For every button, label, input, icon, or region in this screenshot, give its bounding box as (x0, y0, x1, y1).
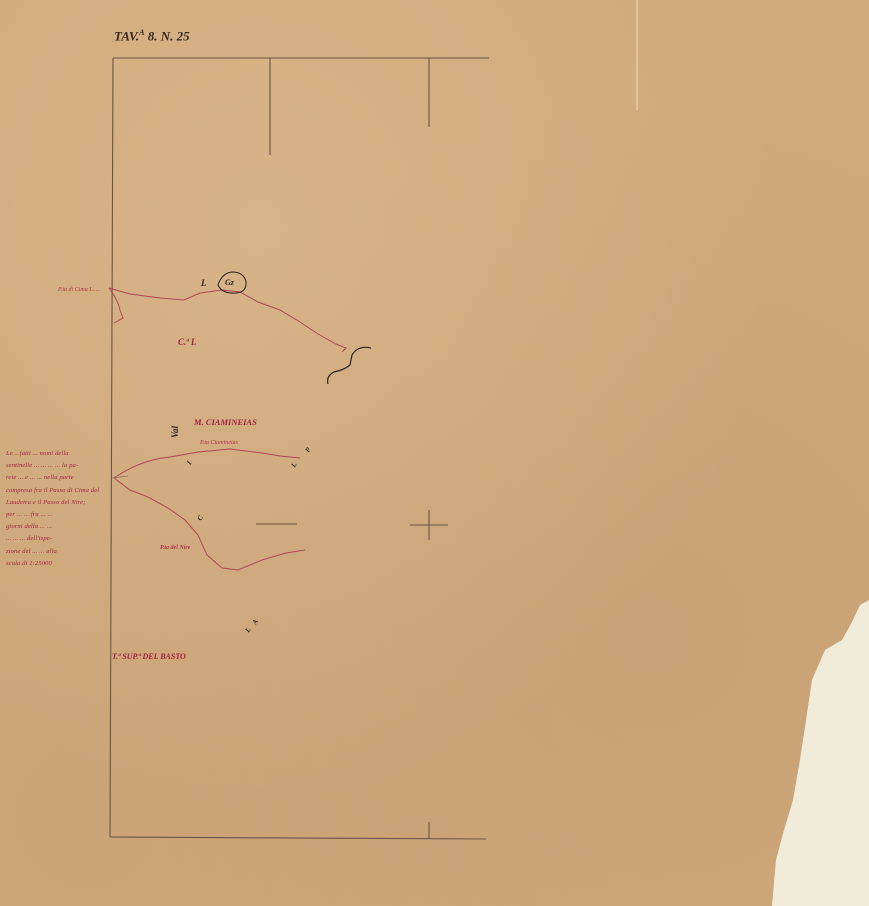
note-line: rete ... e ... ... nella parte (6, 472, 118, 484)
lake-label: L (201, 278, 207, 288)
sheet-title: TAV.A 8. N. 25 (114, 28, 190, 44)
torn-paper-corner (772, 600, 869, 906)
peak-nire-label: P.ta del Nire (160, 545, 190, 551)
note-line: ... ... ... dell'ispe- (6, 533, 118, 545)
col-label: C.ª L (178, 337, 196, 347)
peak-cima-label: P.ta di Cima L..... (58, 287, 100, 293)
bottom-left-label: T.ª SUP.ª DEL BASTO (112, 652, 186, 661)
map-sheet: TAV.A 8. N. 25 L Gz P.ta di Cima L..... … (0, 0, 869, 906)
note-line: compresa fra il Passo di Cima del (6, 485, 118, 497)
peak-ciamineias-label: P.ta Ciamineias (200, 440, 238, 446)
note-line: Laudeira e il Passo del Nire; (6, 497, 118, 509)
val-label: Val (170, 426, 180, 438)
note-line: giorni della ... ... (6, 521, 118, 533)
boundary-lines (109, 288, 346, 570)
map-frame (110, 58, 489, 839)
handwritten-note: Le ...fatti ... nomi della sentinelle ..… (6, 448, 118, 570)
note-line: scala di 1:25000 (6, 558, 118, 570)
note-line: per ... ... fra ... ... (6, 509, 118, 521)
map-drawing (0, 0, 869, 906)
mountain-label: M. CIAMINEIAS (194, 417, 257, 427)
glacier-label: Gz (225, 278, 234, 287)
note-line: sentinelle ... ... ... ... la pa- (6, 460, 118, 472)
note-line: zione del ... ... alla (6, 546, 118, 558)
note-line: Le ...fatti ... nomi della (6, 448, 118, 460)
stream-line (328, 347, 371, 384)
